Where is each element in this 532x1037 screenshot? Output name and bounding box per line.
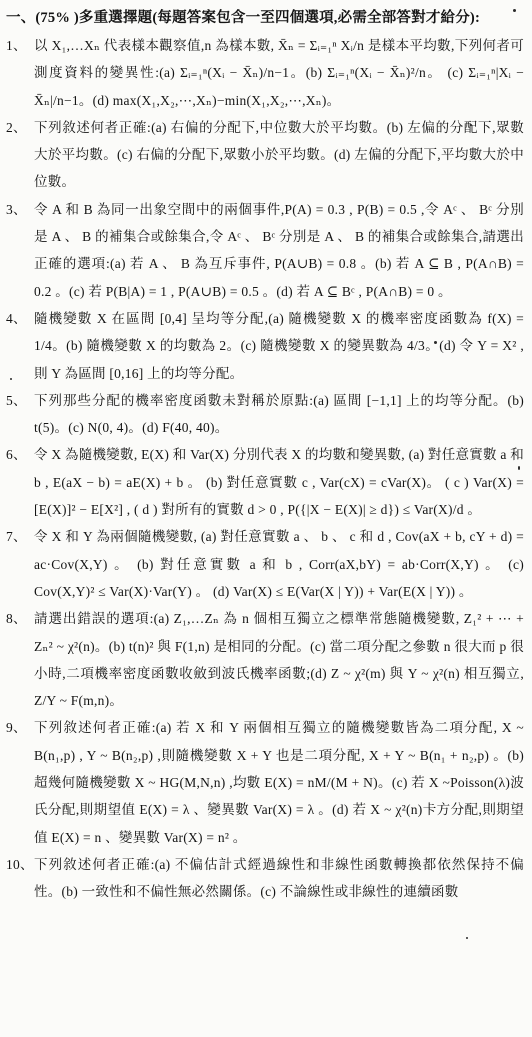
question-text: 下列敘述何者正確:(a) 不偏估計式經過線性和非線性函數轉換都依然保持不偏性。(… (34, 857, 524, 899)
question-number: 6、 (6, 441, 27, 468)
question-8: 8、 請選出錯誤的選項:(a) Z₁,…Zₙ 為 n 個相互獨立之標準常態隨機變… (4, 605, 524, 714)
question-number: 3、 (6, 196, 27, 223)
question-7: 7、 令 X 和 Y 為兩個隨機變數, (a) 對任意實數 a 、 b 、 c … (4, 523, 524, 605)
question-6: 6、 令 X 為隨機變數, E(X) 和 Var(X) 分別代表 X 的均數和變… (4, 441, 524, 523)
question-4: 4、 隨機變數 X 在區間 [0,4] 呈均等分配,(a) 隨機變數 X 的機率… (4, 305, 524, 387)
question-2: 2、 下列敘述何者正確:(a) 右偏的分配下,中位數大於平均數。(b) 左偏的分… (4, 114, 524, 196)
question-text: 下列敘述何者正確:(a) 若 X 和 Y 兩個相互獨立的隨機變數皆為二項分配, … (34, 720, 524, 844)
question-number: 8、 (6, 605, 27, 632)
question-number: 5、 (6, 387, 27, 414)
scan-speck (434, 341, 437, 344)
question-number: 10、 (6, 851, 34, 878)
question-number: 2、 (6, 114, 27, 141)
question-text: 請選出錯誤的選項:(a) Z₁,…Zₙ 為 n 個相互獨立之標準常態隨機變數, … (34, 611, 524, 708)
question-text: 令 A 和 B 為同一出象空間中的兩個事件,P(A) = 0.3 , P(B) … (34, 202, 524, 299)
question-text: 令 X 和 Y 為兩個隨機變數, (a) 對任意實數 a 、 b 、 c 和 d… (34, 529, 524, 599)
scan-speck (466, 937, 468, 939)
question-number: 1、 (6, 32, 27, 59)
question-text: 以 X₁,…Xₙ 代表樣本觀察值,n 為樣本數, X̄ₙ = Σᵢ₌₁ⁿ Xᵢ/… (34, 38, 524, 108)
question-text: 隨機變數 X 在區間 [0,4] 呈均等分配,(a) 隨機變數 X 的機率密度函… (34, 311, 524, 381)
question-5: 5、 下列那些分配的機率密度函數未對稱於原點:(a) 區間 [−1,1] 上的均… (4, 387, 524, 442)
question-number: 9、 (6, 714, 27, 741)
question-1: 1、 以 X₁,…Xₙ 代表樣本觀察值,n 為樣本數, X̄ₙ = Σᵢ₌₁ⁿ … (4, 32, 524, 114)
scan-speck (518, 466, 520, 470)
scan-speck (513, 9, 516, 12)
question-text: 下列那些分配的機率密度函數未對稱於原點:(a) 區間 [−1,1] 上的均等分配… (34, 393, 524, 435)
scan-speck (470, 124, 472, 126)
question-text: 下列敘述何者正確:(a) 右偏的分配下,中位數大於平均數。(b) 左偏的分配下,… (34, 120, 524, 190)
question-3: 3、 令 A 和 B 為同一出象空間中的兩個事件,P(A) = 0.3 , P(… (4, 196, 524, 305)
section-header: 一、(75% )多重選擇題(每題答案包含一至四個選項,必需全部答對才給分): (6, 5, 524, 32)
question-number: 7、 (6, 523, 27, 550)
question-text: 令 X 為隨機變數, E(X) 和 Var(X) 分別代表 X 的均數和變異數,… (34, 447, 524, 517)
exam-page: 一、(75% )多重選擇題(每題答案包含一至四個選項,必需全部答對才給分): 1… (0, 0, 532, 906)
question-10: 10、 下列敘述何者正確:(a) 不偏估計式經過線性和非線性函數轉換都依然保持不… (4, 851, 524, 906)
question-number: 4、 (6, 305, 27, 332)
scan-speck (10, 378, 12, 380)
question-9: 9、 下列敘述何者正確:(a) 若 X 和 Y 兩個相互獨立的隨機變數皆為二項分… (4, 714, 524, 850)
